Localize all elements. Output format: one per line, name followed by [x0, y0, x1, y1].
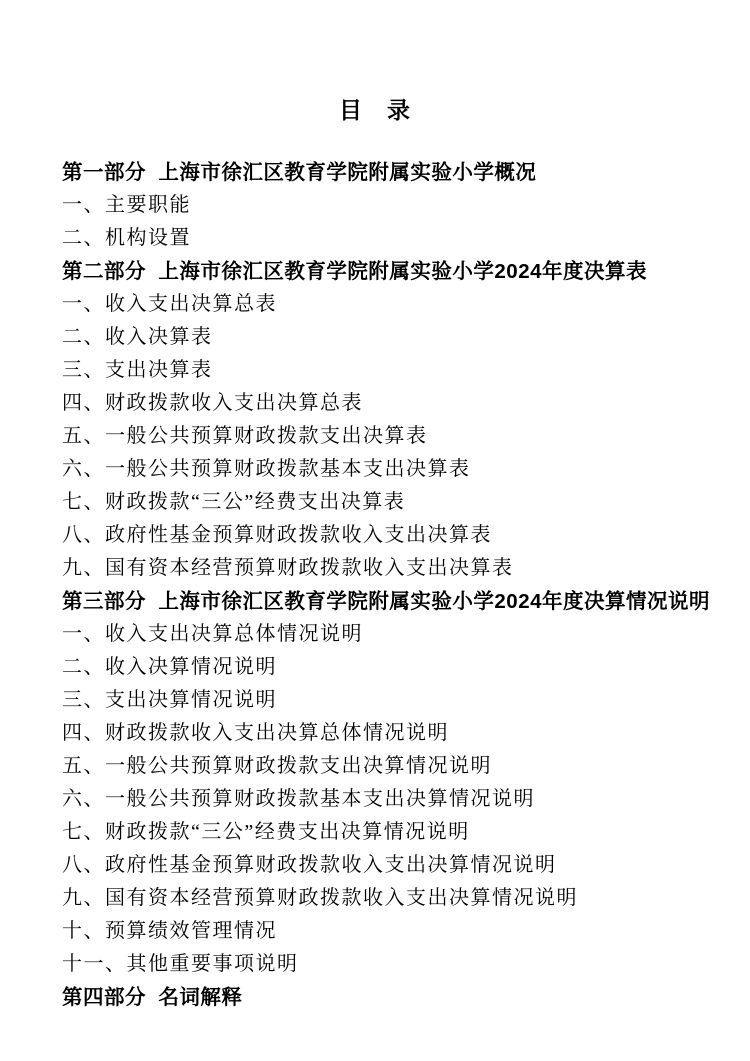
page-title: 目 录	[0, 92, 750, 125]
toc-item: 六、一般公共预算财政拨款基本支出决算情况说明	[62, 780, 720, 813]
document-page: 目 录 第一部分 上海市徐汇区教育学院附属实验小学概况 一、主要职能 二、机构设…	[0, 0, 750, 1061]
table-of-contents: 第一部分 上海市徐汇区教育学院附属实验小学概况 一、主要职能 二、机构设置 第二…	[62, 153, 720, 1011]
toc-item: 一、收入支出决算总体情况说明	[62, 615, 720, 648]
toc-item: 一、收入支出决算总表	[62, 285, 720, 318]
toc-item: 二、收入决算情况说明	[62, 648, 720, 681]
toc-item: 二、机构设置	[62, 219, 720, 252]
toc-item: 十一、其他重要事项说明	[62, 945, 720, 978]
toc-item: 七、财政拨款“三公”经费支出决算表	[62, 483, 720, 516]
toc-item: 四、财政拨款收入支出决算总表	[62, 384, 720, 417]
toc-item: 五、一般公共预算财政拨款支出决算表	[62, 417, 720, 450]
toc-item: 三、支出决算表	[62, 351, 720, 384]
toc-item: 七、财政拨款“三公”经费支出决算情况说明	[62, 813, 720, 846]
toc-section-heading: 第四部分 名词解释	[62, 978, 720, 1011]
toc-section-heading: 第三部分 上海市徐汇区教育学院附属实验小学2024年度决算情况说明	[62, 582, 720, 615]
toc-item: 八、政府性基金预算财政拨款收入支出决算情况说明	[62, 846, 720, 879]
toc-item: 三、支出决算情况说明	[62, 681, 720, 714]
toc-section-heading: 第二部分 上海市徐汇区教育学院附属实验小学2024年度决算表	[62, 252, 720, 285]
toc-item: 四、财政拨款收入支出决算总体情况说明	[62, 714, 720, 747]
toc-section-heading: 第一部分 上海市徐汇区教育学院附属实验小学概况	[62, 153, 720, 186]
toc-item: 八、政府性基金预算财政拨款收入支出决算表	[62, 516, 720, 549]
toc-item: 九、国有资本经营预算财政拨款收入支出决算情况说明	[62, 879, 720, 912]
toc-item: 十、预算绩效管理情况	[62, 912, 720, 945]
toc-item: 一、主要职能	[62, 186, 720, 219]
toc-item: 六、一般公共预算财政拨款基本支出决算表	[62, 450, 720, 483]
toc-item: 五、一般公共预算财政拨款支出决算情况说明	[62, 747, 720, 780]
toc-item: 九、国有资本经营预算财政拨款收入支出决算表	[62, 549, 720, 582]
toc-item: 二、收入决算表	[62, 318, 720, 351]
